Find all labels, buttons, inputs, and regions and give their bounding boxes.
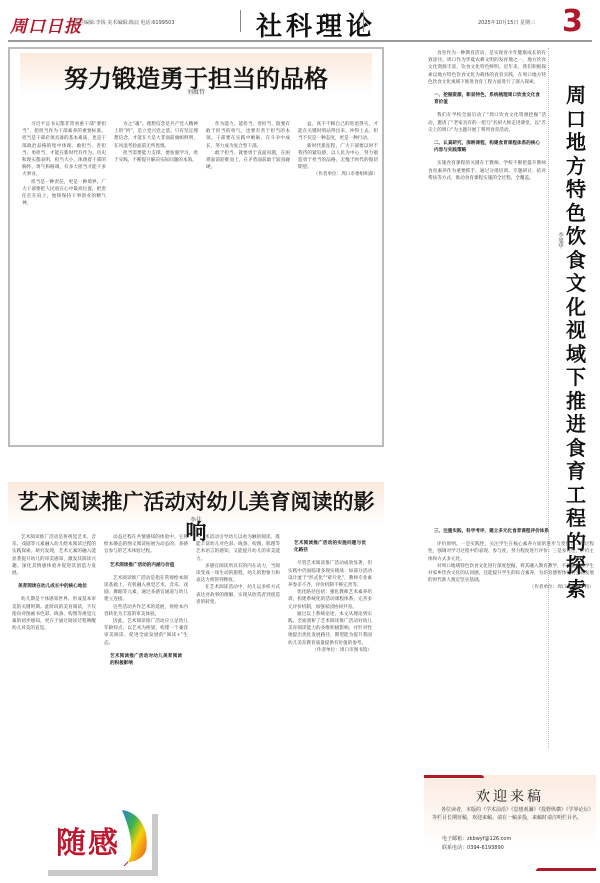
subheading: 艺术阅读推广活动的实施问题与优化路径 bbox=[288, 534, 372, 560]
paragraph: 艺术阅读推广活动是指在常规绘本阅读基础上，有机融入视觉艺术、音乐、戏剧、舞蹈等元… bbox=[104, 575, 188, 604]
paragraph: 益，真不不顾自己的进退得失，才能在关键时刻站得出来、冲得上去。担当不仅是一种态度… bbox=[298, 121, 378, 143]
article-1-column-2: 为之“魂”。理想信念是共产党人精神上的“钙”，是立党兴党之基。只有坚定理想信念，… bbox=[114, 121, 198, 437]
article-2-column-3: 术活动引导幼儿以看为触的阅读，既能丰富幼儿对色彩、线条、构图、肌理等艺术语言的感… bbox=[196, 534, 280, 874]
essay-column-logo: 随感 bbox=[42, 808, 162, 878]
subheading: 艺术阅读推广活动对幼儿美育阅读的积极影响 bbox=[104, 647, 188, 673]
article-3-body-top: 食育作为一种教育活动，是实现青少年健康成长的有效途径。周口作为华夏农耕文明的发祥… bbox=[428, 50, 546, 520]
paragraph: 通过以上系统论述，本文从理论到实践，全面剖析了艺术阅读推广活动对幼儿美育阅读能力… bbox=[288, 611, 372, 647]
subheading: 美育阅读在幼儿成长中的核心地位 bbox=[12, 577, 96, 596]
paragraph: 多感官阅读所具有的内在动力，当阅读变成一场生动的旅程，幼儿的想象力和表达力将得到… bbox=[196, 563, 280, 585]
paragraph: 担当是一种责任，更是一种境界。广大干部要把人民放在心中最高位置，把责任扛在肩上，… bbox=[22, 179, 106, 208]
paragraph: 因此，艺术阅读推广活动应立足幼儿年龄特点，以艺术为桥梁，构建一个兼容审美阅读、促… bbox=[104, 618, 188, 647]
paragraph: 术活动引导幼儿以看为触的阅读，既能丰富幼儿对色彩、线条、构图、肌理等艺术语言的感… bbox=[196, 534, 280, 563]
paragraph: 担当需要能力支撑。要加强学习、勇于实践，不断提升解决实际问题的本领。 bbox=[114, 150, 198, 164]
accent-bar bbox=[424, 775, 484, 778]
email-link[interactable]: zkbwyf@126.com bbox=[467, 836, 511, 842]
article-2-byline: 李佳 bbox=[8, 515, 384, 524]
issue-date: 2025年10月15日 星期三 bbox=[478, 19, 535, 26]
subheading: 二、认真研究，深耕课程，构建食育课程体系的核心内容与实践策略 bbox=[428, 134, 546, 160]
article-3-byline: 李旭华 bbox=[556, 232, 564, 249]
phone-label: 联系电话： bbox=[442, 845, 467, 851]
divider bbox=[363, 10, 364, 32]
paragraph: 评价原则。一是实践性，关注学生在核心素养方面的进步与变化；二是过程性，强调对学习… bbox=[428, 541, 594, 563]
article-1-byline: 刘蕴哲 bbox=[20, 87, 372, 96]
paragraph: 食育作为一种教育活动，是实现青少年健康成长的有效途径。周口作为华夏农耕文明的发祥… bbox=[428, 50, 546, 86]
paragraph: 幼儿期是个体感知世界、形成基本审美的关键时期。此阶段的美育阅读，不仅指向对图画书… bbox=[12, 596, 96, 632]
paragraph: 习近平总书记都非常看重干部“要担当”，把担当作为干部素养的重要标准。担当是干部必… bbox=[22, 121, 106, 179]
article-2-column-2: 动态过程在共情感知的体验中。它将绘本静态的图文阅读拓展为动态的、多感官参与的艺术… bbox=[104, 534, 188, 804]
paragraph: 实施食育课程的关键在于教师。学校不断把提升教师食育素养作为重要抓手，通过分批培训… bbox=[428, 160, 546, 182]
masthead: 周口日报 责任编辑:李钱 美术编辑:陈辰 电话:6199503 社科理论 202… bbox=[0, 0, 600, 42]
essay-logo-text: 随感 bbox=[56, 818, 120, 862]
email-label: 电子邮箱： bbox=[442, 836, 467, 842]
masthead-rule bbox=[8, 40, 592, 42]
paragraph: 这些活动共作艺术的延展，将绘本内容转化为丰富的审美体验。 bbox=[104, 604, 188, 618]
paragraph: 作为能力。能担当、善担当，既要有敢于担当的勇气，也要有善于担当的本领。干部要在实… bbox=[206, 121, 290, 150]
paragraph: 敢于担当，就要勇于直面问题，在困难面前迎难而上，在矛盾面前敢于较真碰硬。 bbox=[206, 150, 290, 172]
paragraph: 动态过程在共情感知的体验中。它将绘本静态的图文阅读拓展为动态的、多感官参与的艺术… bbox=[104, 534, 188, 556]
welcome-body: 各位读者，本版的《学术前沿》《思想观澜》《投野纵横》《学界论坛》等栏目长期征稿，… bbox=[432, 807, 592, 822]
article-2-headline-band: 艺术阅读推广活动对幼儿美育阅读的影响 李佳 bbox=[8, 482, 384, 527]
author-note: （作者单位：周口市实验学校） bbox=[428, 584, 594, 591]
welcome-title: 欢迎来稿 bbox=[424, 786, 596, 806]
paragraph: 艺术阅读推广活动是将视觉艺术、音乐、戏剧等元素融入幼儿绘本阅读过程的实践探索。研… bbox=[12, 534, 96, 577]
email-line: 电子邮箱：zkbwyf@126.com bbox=[442, 835, 511, 842]
article-2-column-4: 艺术阅读推广活动的实施问题与优化路径 尽管艺术阅读推广活动成效显著，但实践中仍面… bbox=[288, 534, 372, 874]
author-note: （作者单位：周口市图书馆） bbox=[288, 647, 372, 654]
article-1-column-4: 益，真不不顾自己的进退得失，才能在关键时刻站得出来、冲得上去。担当不仅是一种态度… bbox=[298, 121, 378, 437]
newspaper-logo: 周口日报 bbox=[10, 12, 82, 37]
section-title: 社科理论 bbox=[256, 6, 376, 43]
paragraph: 我们在学校全面启动了“周口饮食文化资源挖掘”活动，邀请了“老家具有的一把刀”名厨… bbox=[428, 112, 546, 134]
feather-icon bbox=[120, 806, 152, 866]
paragraph: 新时代新征程，广大干部要以时不我待的紧迫感，以人民为中心，努力锻造勇于担当的品格… bbox=[298, 143, 378, 172]
article-1-column-1: 习近平总书记都非常看重干部“要担当”，把担当作为干部素养的重要标准。担当是干部必… bbox=[22, 121, 106, 437]
article-3-body-bottom: 三、注重实践，科学考评，建立多元化食育课程评价体系 评价原则。一是实践性，关注学… bbox=[428, 522, 594, 752]
paragraph: 尽管艺术阅读推广活动成效显著，但实践中仍面临诸多现实挑战：如部分活动设计流于“形… bbox=[288, 560, 372, 589]
subheading: 三、注重实践，科学考评，建立多元化食育课程评价体系 bbox=[428, 522, 594, 541]
paragraph: 对周口地域特色饮食文化进行深度挖掘，将其融入教育教学，不仅能增强学生对家乡饮食文… bbox=[428, 563, 594, 585]
logo-card: 随感 bbox=[42, 808, 152, 870]
paragraph: 为之“魂”。理想信念是共产党人精神上的“钙”，是立党兴党之基。只有坚定理想信念，… bbox=[114, 121, 198, 150]
call-for-submissions: 欢迎来稿 各位读者，本版的《学术前沿》《思想观澜》《投野纵横》《学界论坛》等栏目… bbox=[424, 775, 596, 875]
subheading: 一、挖掘资源，彰显特色，系统梳理周口饮食文化食育价值 bbox=[428, 86, 546, 112]
subheading: 艺术阅读推广活动的内涵与价值 bbox=[104, 556, 188, 575]
article-1: 努力锻造勇于担当的品格 刘蕴哲 习近平总书记都非常看重干部“要担当”，把担当作为… bbox=[8, 47, 384, 447]
paragraph: 优化路径包括：强化教师艺术素养培训，构建系统化的活动课程体系，完善多元评价机制，… bbox=[288, 589, 372, 611]
page-number: 3 bbox=[562, 4, 583, 39]
divider bbox=[240, 10, 241, 32]
paragraph: 在艺术阅读活动中，幼儿以多样方式表达对故事的理解，实现从欣赏者到创造者的转变。 bbox=[196, 584, 280, 606]
phone-line: 联系电话：0394-6193890 bbox=[442, 844, 504, 851]
author-note: （作者单位：周口市委组织部） bbox=[298, 171, 378, 178]
headline-band: 努力锻造勇于担当的品格 刘蕴哲 bbox=[20, 53, 372, 95]
accent-bar bbox=[536, 868, 596, 871]
editor-credits: 责任编辑:李钱 美术编辑:陈辰 电话:6199503 bbox=[74, 19, 175, 26]
article-1-column-3: 作为能力。能担当、善担当，既要有敢于担当的勇气，也要有善于担当的本领。干部要在实… bbox=[206, 121, 290, 437]
article-2-column-1: 艺术阅读推广活动是将视觉艺术、音乐、戏剧等元素融入幼儿绘本阅读过程的实践探索。研… bbox=[12, 534, 96, 804]
phone-number: 0394-6193890 bbox=[467, 845, 504, 851]
